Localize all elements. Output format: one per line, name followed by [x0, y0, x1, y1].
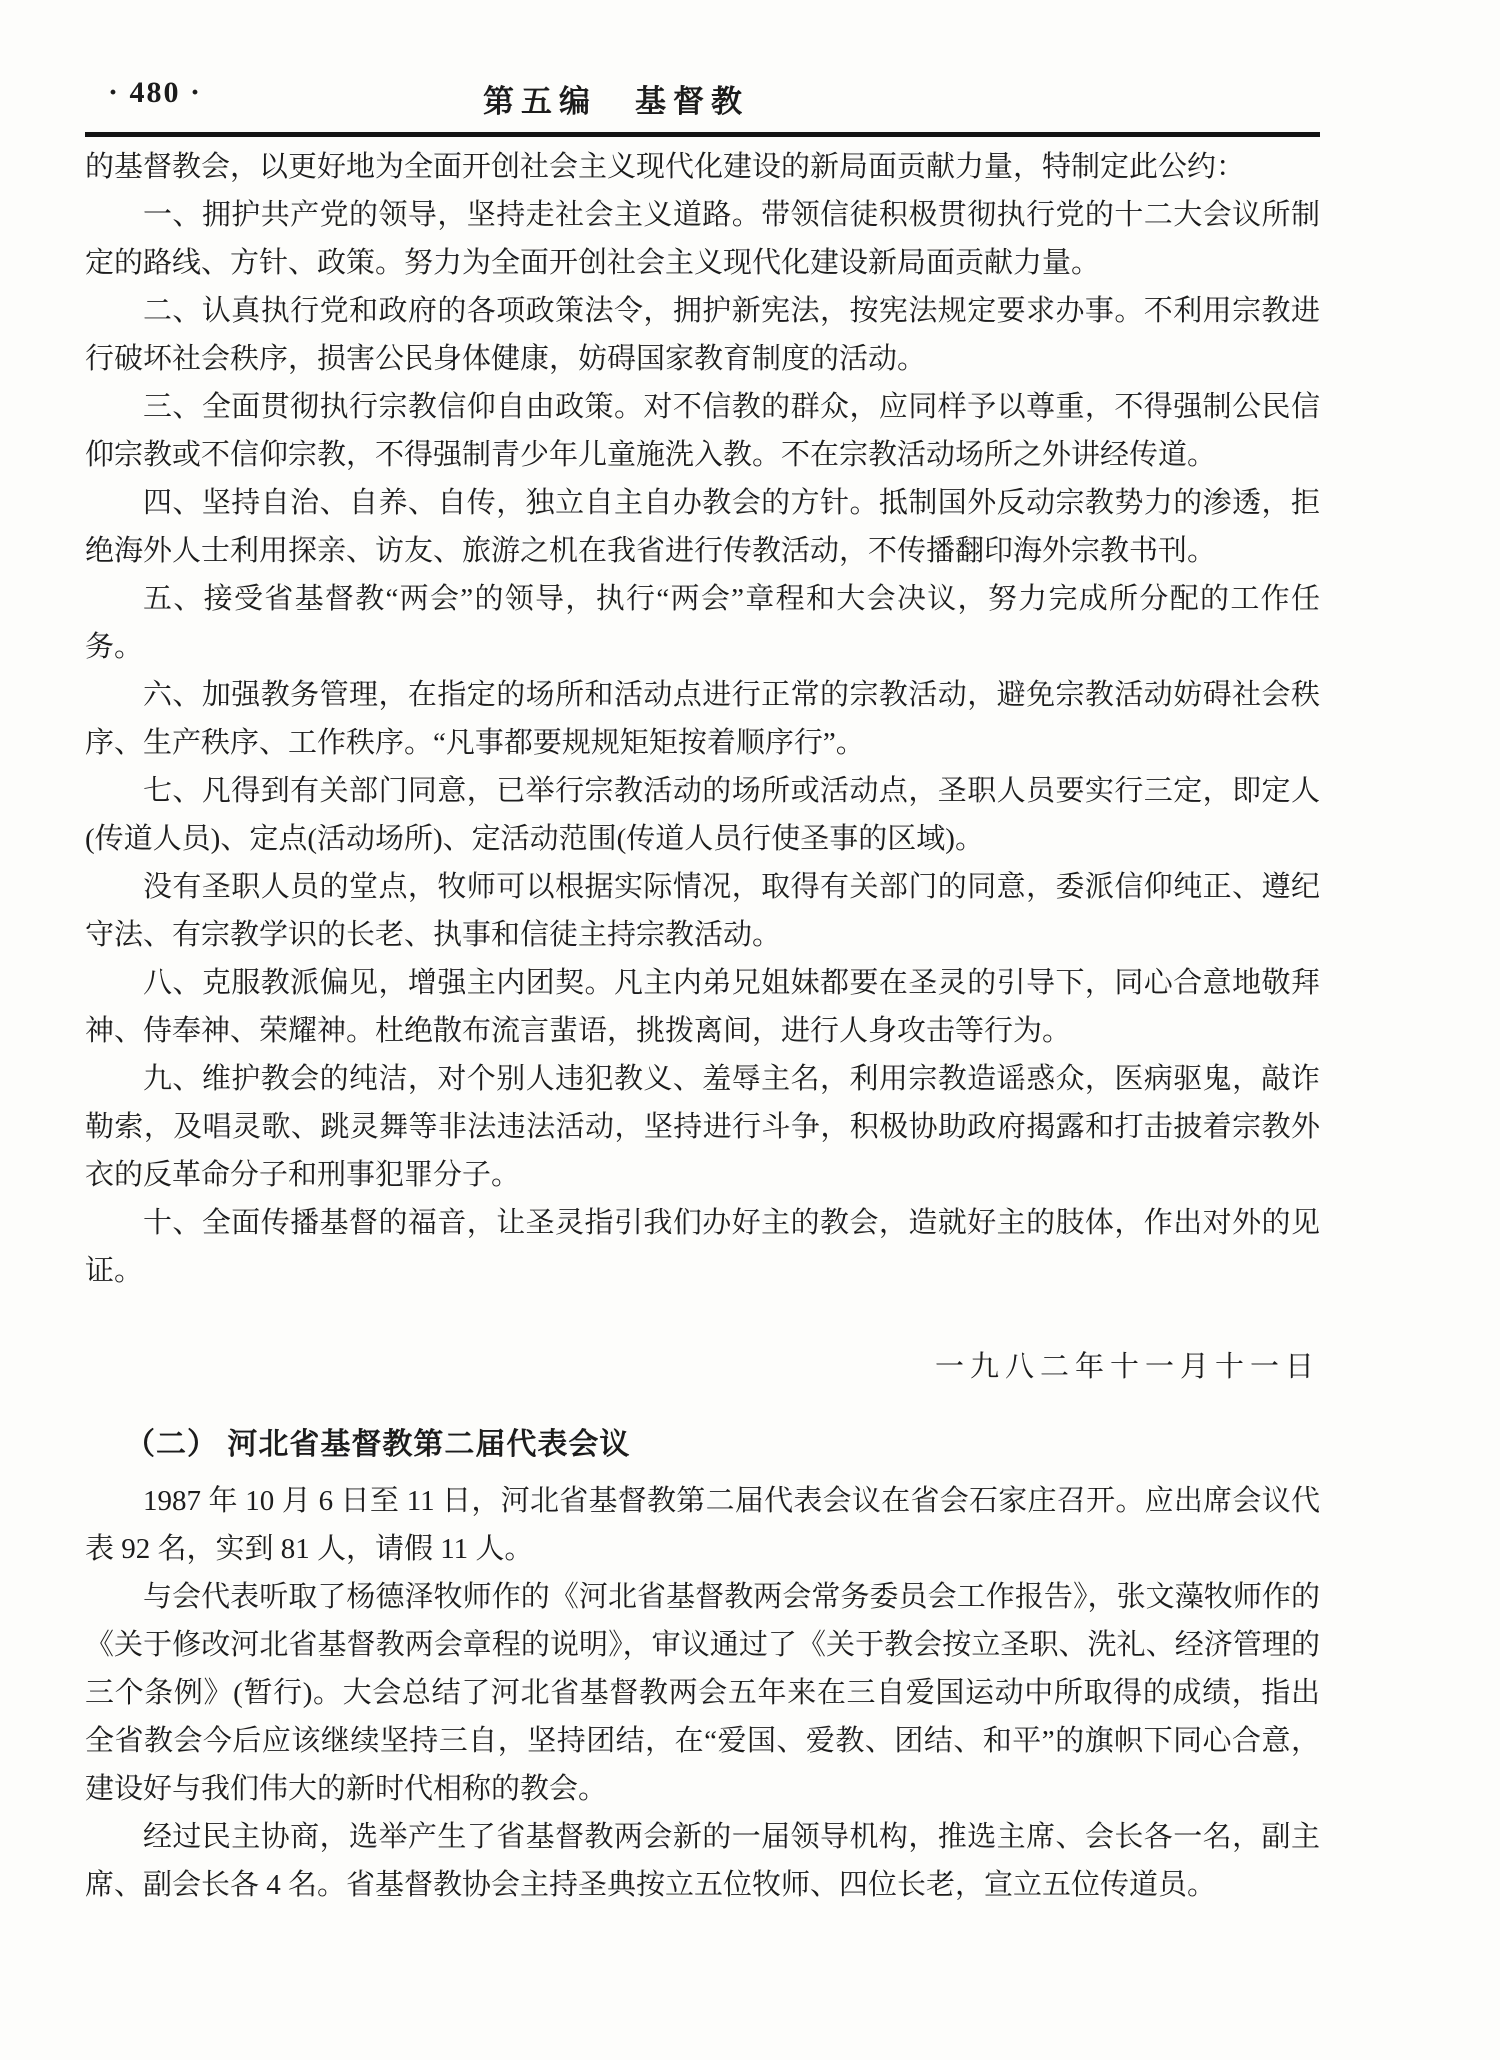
section-paragraph-2: 与会代表听取了杨德泽牧师作的《河北省基督教两会常务委员会工作报告》，张文藻牧师作… — [85, 1573, 1320, 1813]
covenant-article-7-supplement: 没有圣职人员的堂点，牧师可以根据实际情况，取得有关部门的同意，委派信仰纯正、遵纪… — [85, 863, 1320, 959]
covenant-article-9: 九、维护教会的纯洁，对个别人违犯教义、羞辱主名，利用宗教造谣惑众，医病驱鬼，敲诈… — [85, 1055, 1320, 1199]
covenant-article-3: 三、全面贯彻执行宗教信仰自由政策。对不信教的群众，应同样予以尊重，不得强制公民信… — [85, 383, 1320, 479]
running-head-title: 第五编 基督教 — [483, 76, 749, 121]
section-paragraph-1: 1987 年 10 月 6 日至 11 日，河北省基督教第二届代表会议在省会石家… — [85, 1477, 1320, 1573]
covenant-article-1: 一、拥护共产党的领导，坚持走社会主义道路。带领信徒积极贯彻执行党的十二大会议所制… — [85, 191, 1320, 287]
covenant-article-4: 四、坚持自治、自养、自传，独立自主自办教会的方针。抵制国外反动宗教势力的渗透，拒… — [85, 479, 1320, 575]
covenant-article-8: 八、克服教派偏见，增强主内团契。凡主内弟兄姐妹都要在圣灵的引导下，同心合意地敬拜… — [85, 959, 1320, 1055]
covenant-article-5: 五、接受省基督教“两会”的领导，执行“两会”章程和大会决议，努力完成所分配的工作… — [85, 575, 1320, 671]
header-rule — [85, 132, 1320, 137]
section-paragraph-3: 经过民主协商，选举产生了省基督教两会新的一届领导机构，推选主席、会长各一名，副主… — [85, 1813, 1320, 1909]
content-column: · 480 · 第五编 基督教 的基督教会，以更好地为全面开创社会主义现代化建设… — [85, 76, 1320, 1909]
page-header: · 480 · 第五编 基督教 — [85, 76, 1320, 118]
section-heading: （二） 河北省基督教第二届代表会议 — [85, 1423, 1320, 1467]
page-number: · 480 · — [108, 76, 202, 110]
covenant-article-6: 六、加强教务管理，在指定的场所和活动点进行正常的宗教活动，避免宗教活动妨碍社会秩… — [85, 671, 1320, 767]
covenant-article-7: 七、凡得到有关部门同意，已举行宗教活动的场所或活动点，圣职人员要实行三定，即定人… — [85, 767, 1320, 863]
document-body: 的基督教会，以更好地为全面开创社会主义现代化建设的新局面贡献力量，特制定此公约：… — [85, 143, 1320, 1909]
book-page: · 480 · 第五编 基督教 的基督教会，以更好地为全面开创社会主义现代化建设… — [0, 0, 1500, 2060]
covenant-article-2: 二、认真执行党和政府的各项政策法令，拥护新宪法，按宪法规定要求办事。不利用宗教进… — [85, 287, 1320, 383]
covenant-date: 一九八二年十一月十一日 — [85, 1343, 1320, 1391]
covenant-intro: 的基督教会，以更好地为全面开创社会主义现代化建设的新局面贡献力量，特制定此公约： — [85, 143, 1320, 191]
covenant-article-10: 十、全面传播基督的福音，让圣灵指引我们办好主的教会，造就好主的肢体，作出对外的见… — [85, 1199, 1320, 1295]
